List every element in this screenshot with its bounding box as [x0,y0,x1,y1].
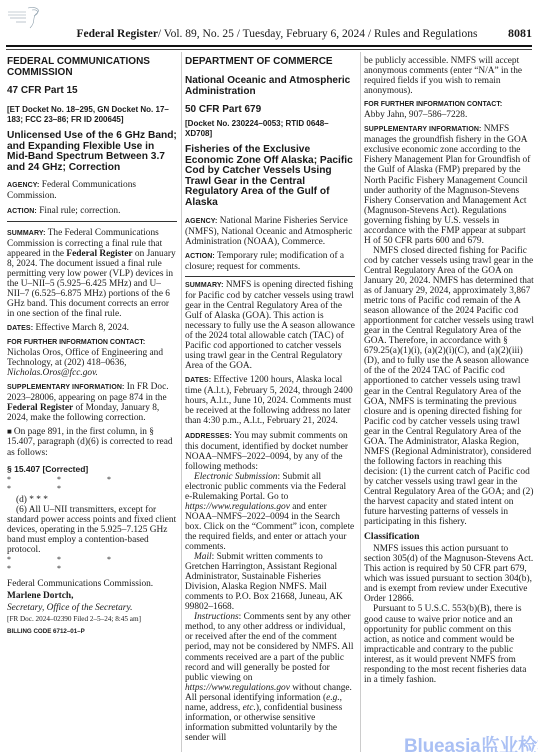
summary-paragraph: SUMMARY: NMFS is opening directed fishin… [185,280,355,371]
supplementary-bold: Federal Register [7,403,73,413]
column-3-noaa-continued: be publicly accessible. NMFS will accept… [364,56,534,685]
addresses-paragraph: ADDRESSES: You may submit comments on th… [185,431,355,472]
contact-paragraph: Nicholas Oros, Office of Engineering and… [7,348,177,378]
classification-heading: Classification [364,532,534,542]
dates-text: Effective March 8, 2024. [33,323,129,333]
classification-paragraph-2: Pursuant to 5 U.S.C. 553(b)(B), there is… [364,604,534,684]
summary-label: SUMMARY: [7,230,46,237]
signature-title: Secretary, Office of the Secretary. [7,603,177,613]
column-divider [360,52,361,752]
column-1-fcc-document: FEDERAL COMMUNICATIONS COMMISSION 47 CFR… [7,56,177,637]
paragraph-d-text: (d) * * * [16,495,48,505]
ellipsis-stars: * * * * * [7,475,177,493]
action-label: ACTION: [7,208,37,215]
action-paragraph: ACTION: Temporary rule; modification of … [185,251,355,272]
regulations-gov-link[interactable]: https://www.regulations.gov [185,502,290,512]
closure-paragraph: NMFS closed directed fishing for Pacific… [364,246,534,527]
ellipsis-stars: * * * * * [7,555,177,573]
dates-label: DATES: [7,325,33,332]
agency-paragraph: AGENCY: National Marine Fisheries Servic… [185,216,355,247]
addresses-label: ADDRESSES: [185,433,232,440]
summary-label: SUMMARY: [185,282,224,289]
section-separator [7,221,177,222]
mail-paragraph: Mail: Submit written comments to Gretche… [185,552,355,612]
watermark: Blueasia监业检测 [404,731,538,752]
section-heading: § 15.407 [Corrected] [7,464,177,474]
instructions-text: : Comments sent by any other method, to … [185,612,353,682]
agency-label: AGENCY: [185,218,217,225]
instructions-paragraph: Instructions: Comments sent by any other… [185,612,355,743]
instructions-eg: e.g. [326,693,340,703]
dates-label: DATES: [185,377,211,384]
document-title: Unlicensed Use of the 6 GHz Band; and Ex… [7,131,177,173]
column-2-noaa-document: DEPARTMENT OF COMMERCE National Oceanic … [185,56,355,743]
contact-paragraph: Abby Jahn, 907–586–7228. [364,110,534,120]
action-paragraph: ACTION: Final rule; correction. [7,206,177,217]
volume-info: / Vol. 89, No. 25 / Tuesday, February 6,… [158,28,478,40]
contact-label: FOR FURTHER INFORMATION CONTACT: [7,338,177,348]
paragraph-d: (d) * * * [7,495,177,505]
instruction-text: On page 891, in the first column, in § 1… [7,427,173,457]
summary-text-cont: on January 8, 2024. The document issued … [7,249,176,319]
dates-text: Effective 1200 hours, Alaska local time … [185,375,353,426]
publication-name: Federal Register [77,28,158,40]
dates-paragraph: DATES: Effective 1200 hours, Alaska loca… [185,375,355,426]
action-text: Final rule; correction. [37,206,121,216]
fr-doc-filing: [FR Doc. 2024–02390 Filed 2–5–24; 8:45 a… [7,614,177,624]
agency-label: AGENCY: [7,182,39,189]
mail-label: Mail [194,552,212,562]
supplementary-text: NMFS manages the groundfish fishery in t… [364,124,530,246]
instructions-etc: etc. [243,703,256,713]
header-rule-thin [6,49,532,50]
square-bullet-icon: ■ [7,427,14,436]
regulations-gov-link[interactable]: https://www.regulations.gov [185,683,290,693]
instructions-label: Instructions [194,612,239,622]
signature-name: Marlene Dortch, [7,591,177,601]
agency-heading: FEDERAL COMMUNICATIONS COMMISSION [7,56,177,78]
classification-paragraph-1: NMFS issues this action pursuant to sect… [364,544,534,604]
electronic-submission-paragraph: Electronic Submission: Submit all electr… [185,472,355,552]
column-divider [181,52,182,752]
summary-paragraph: SUMMARY: The Federal Communications Comm… [7,228,177,319]
cfr-part: 47 CFR Part 15 [7,86,177,96]
paragraph-6: (6) All U–NII transmitters, except for s… [7,505,177,555]
page-header: Federal Register/ Vol. 89, No. 25 / Tues… [6,26,532,42]
docket-number: [ET Docket No. 18–295, GN Docket No. 17–… [7,105,177,125]
contact-label: FOR FURTHER INFORMATION CONTACT: [364,100,534,110]
document-title: Fisheries of the Exclusive Economic Zone… [185,145,355,209]
signature-agency: Federal Communications Commission. [7,579,177,589]
supplementary-label: SUPPLEMENTARY INFORMATION: [364,126,481,133]
docket-number: [Docket No. 230224–0053; RTID 0648–XD708… [185,119,355,139]
summary-text: NMFS is opening directed fishing for Pac… [185,280,355,371]
contact-text: Nicholas Oros, Office of Engineering and… [7,348,163,368]
billing-code: BILLING CODE 6712–01–P [7,627,177,637]
cfr-part: 50 CFR Part 679 [185,105,355,115]
running-head: Federal Register/ Vol. 89, No. 25 / Tues… [6,28,508,40]
supplementary-paragraph: SUPPLEMENTARY INFORMATION: NMFS manages … [364,124,534,246]
instructions-continued: be publicly accessible. NMFS will accept… [364,56,534,96]
page-number: 8081 [508,26,532,41]
agency-paragraph: AGENCY: Federal Communications Commissio… [7,180,177,201]
department-heading: DEPARTMENT OF COMMERCE [185,56,355,67]
contact-email-link[interactable]: Nicholas.Oros@fcc.gov. [7,368,98,378]
agency-heading: National Oceanic and Atmospheric Adminis… [185,75,355,97]
instruction-paragraph: ■ On page 891, in the first column, in §… [7,427,177,457]
action-label: ACTION: [185,253,215,260]
section-separator [185,276,355,277]
electronic-label: Electronic Submission [194,472,277,482]
summary-bold: Federal Register [66,249,132,259]
dates-paragraph: DATES: Effective March 8, 2024. [7,323,177,334]
supplementary-paragraph: SUPPLEMENTARY INFORMATION: In FR Doc. 20… [7,382,177,423]
header-rule-thick [6,45,532,47]
supplementary-label: SUPPLEMENTARY INFORMATION: [7,384,124,391]
